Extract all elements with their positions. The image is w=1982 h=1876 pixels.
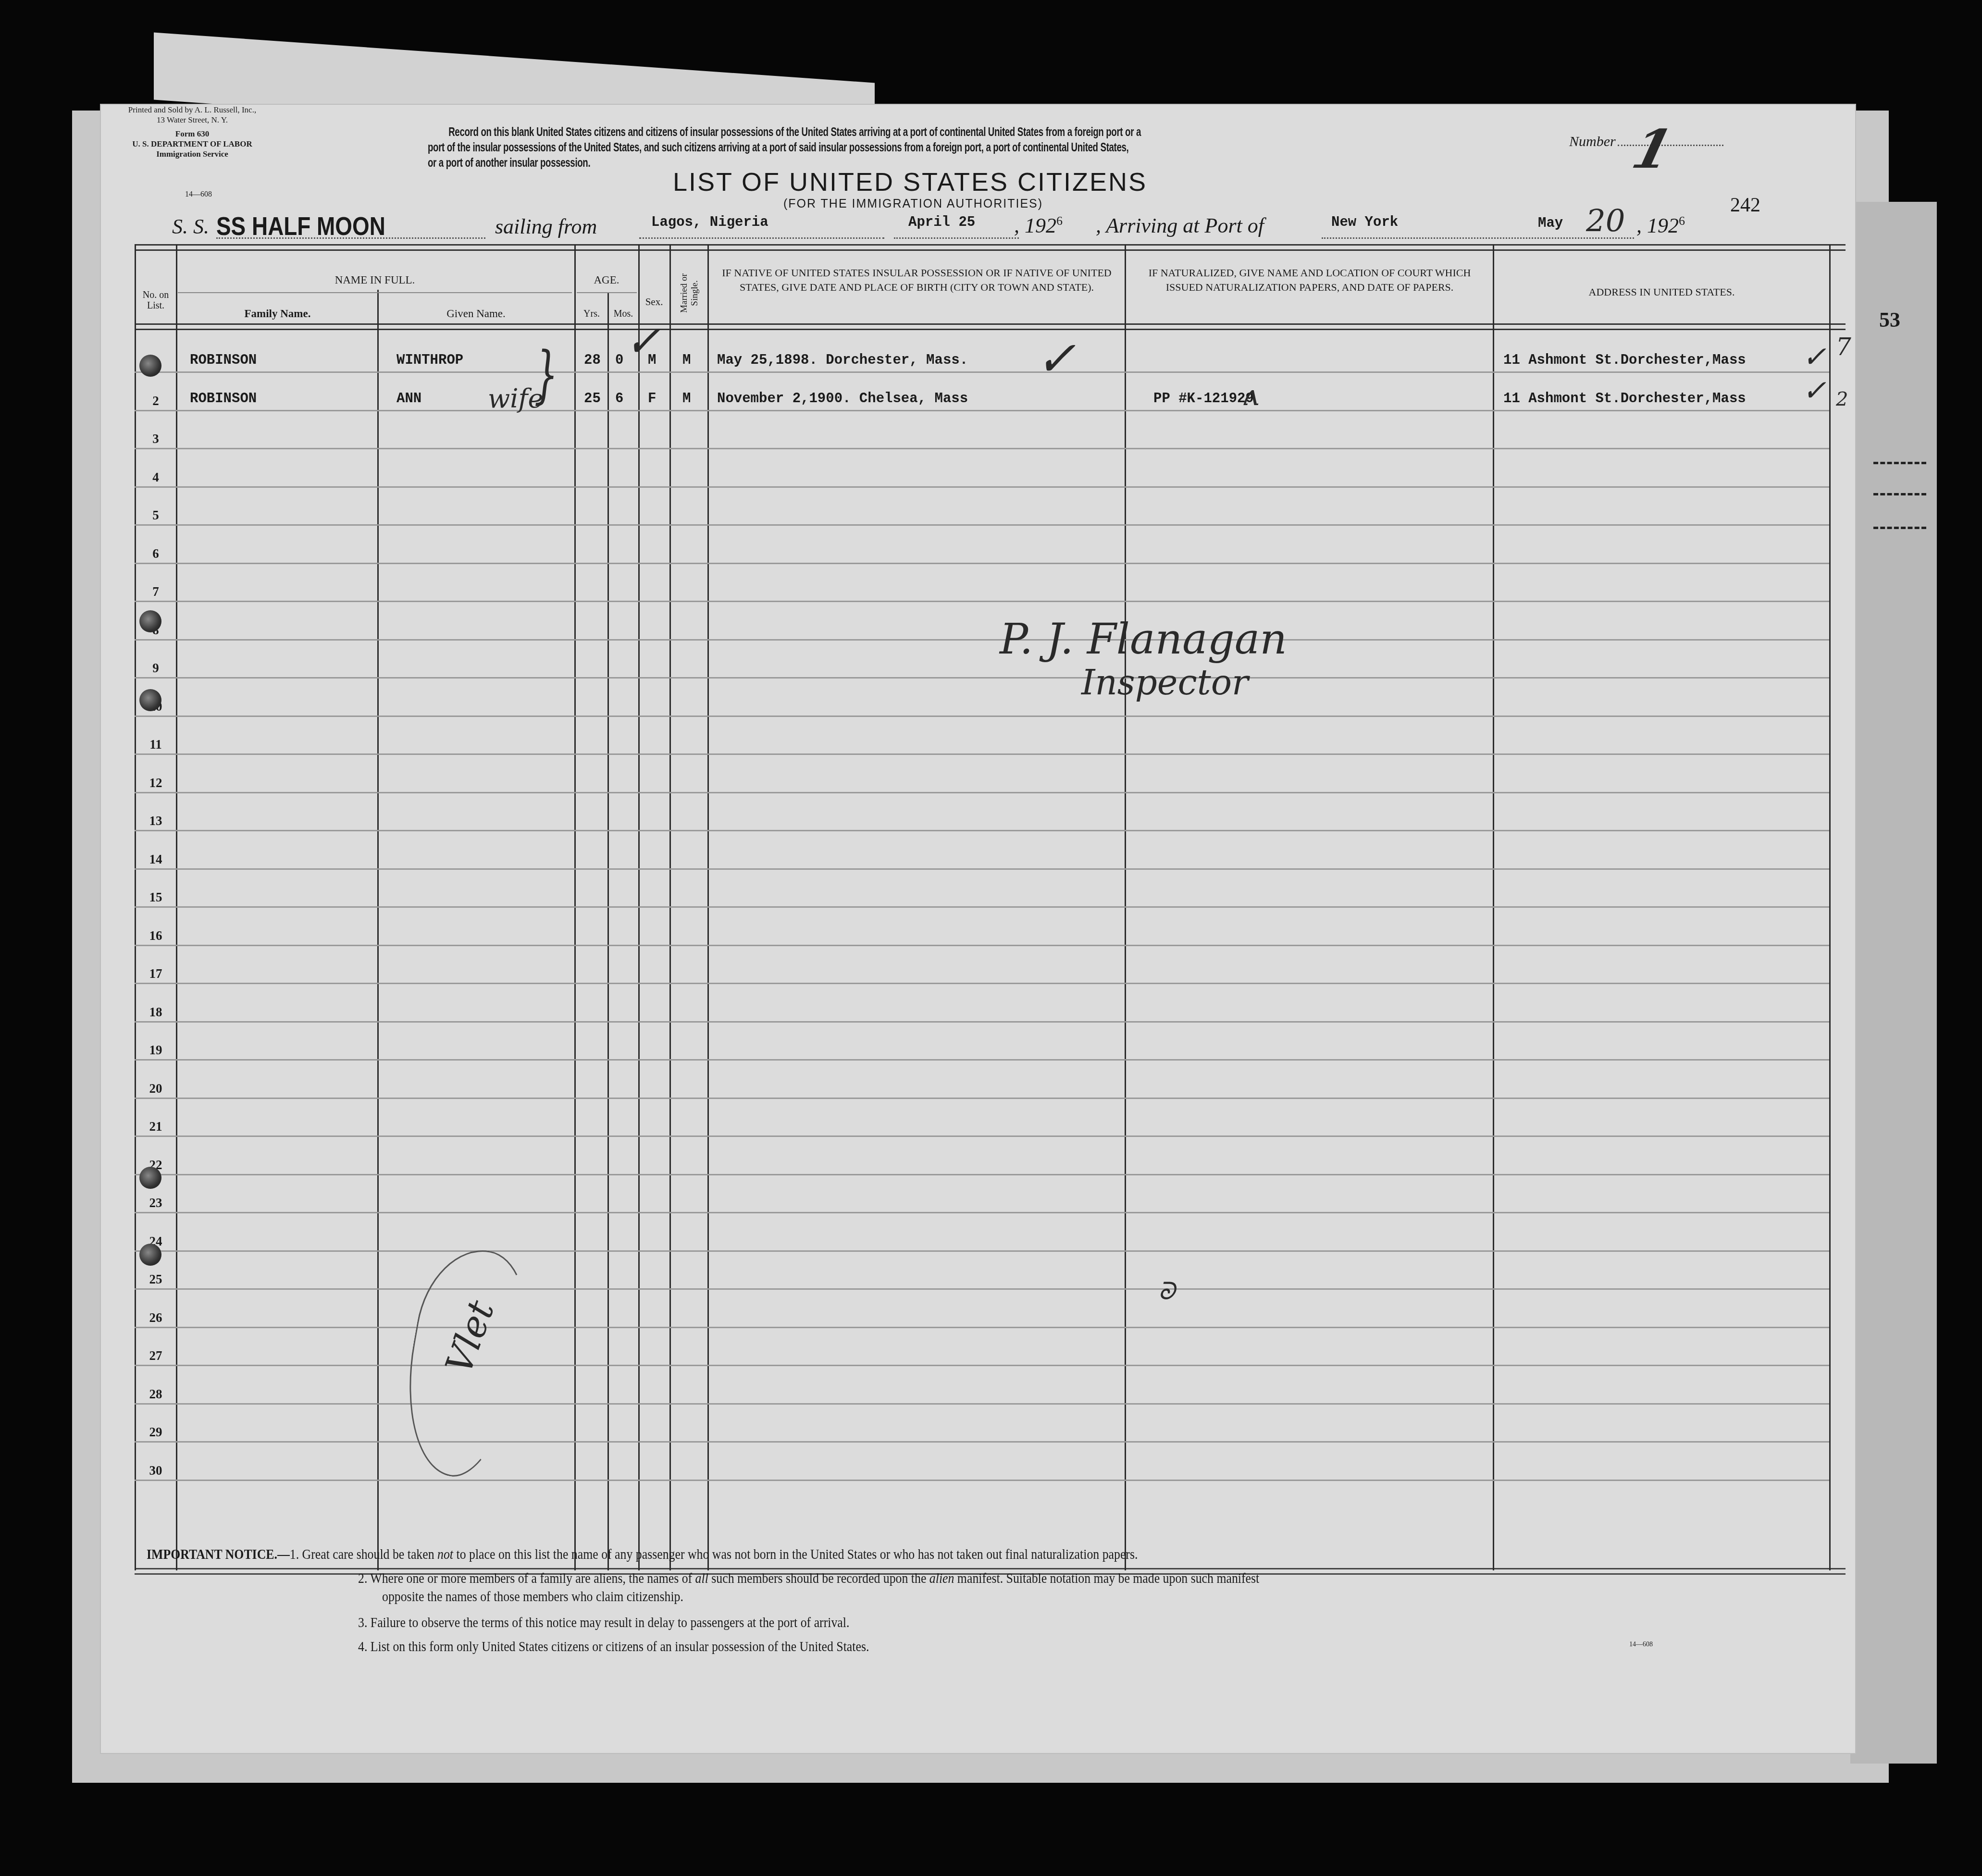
row-number: 5 [141,508,170,523]
given-name: ANN [396,391,421,407]
row-number: 13 [141,814,170,828]
row-rule [135,1021,1829,1023]
naturalization: PP #K-121929 [1153,391,1254,407]
printer-line2: 13 Water Street, N. Y. [120,115,264,125]
punch-hole [139,1244,161,1266]
row-number: 26 [141,1310,170,1325]
row-rule [135,677,1829,679]
row-rule [135,1288,1829,1290]
row-number: 12 [141,776,170,790]
table-row: ROBINSON WINTHROP 28 0 M M May 25,1898. … [135,352,1846,371]
row-rule [135,1059,1829,1061]
right-margin-mark-1: 7 [1836,333,1851,361]
header-birth: IF NATIVE OF UNITED STATES INSULAR POSSE… [714,266,1120,295]
birth-info: November 2,1900. Chelsea, Mass [717,391,968,407]
row-rule [135,1327,1829,1328]
adjacent-sheet-fragment-2 [1873,490,1926,495]
ship-name: SS HALF MOON [216,211,385,241]
inspector-signature: P. J. Flanagan [1000,614,1287,664]
age-mos: 6 [615,391,623,407]
row-number: 27 [141,1348,170,1363]
row-number: 29 [141,1425,170,1440]
row-number: 30 [141,1463,170,1478]
form-code: 14—608 [185,190,212,199]
given-name: WINTHROP [396,352,463,368]
header-no-on-list: No. on List. [136,290,175,311]
manifest-sheet: Printed and Sold by A. L. Russell, Inc.,… [101,105,1855,1753]
underlying-sheet-right [1850,202,1937,1764]
page-subtitle: (FOR THE IMMIGRATION AUTHORITIES) [783,197,1043,211]
adjacent-page-number: 53 [1879,308,1900,332]
departure-date: April 25 [908,214,975,230]
row-rule [135,1212,1829,1213]
service: Immigration Service [120,149,264,159]
row-number: 23 [141,1196,170,1210]
row-number: 16 [141,928,170,943]
married: M [682,352,691,368]
birth-info: May 25,1898. Dorchester, Mass. [717,352,968,368]
header-given-name: Given Name. [379,307,573,321]
header-naturalized: IF NATURALIZED, GIVE NAME AND LOCATION O… [1139,266,1480,295]
row-number: 20 [141,1081,170,1096]
wife-note: wife [488,383,543,414]
row-number: 4 [141,470,170,485]
notice-code: 14—608 [1629,1641,1653,1649]
adjacent-sheet-fragment-1 [1873,459,1926,464]
row-rule [135,1480,1829,1481]
record-instructions: Record on this blank United States citiz… [428,124,1141,170]
row-rule [135,716,1829,717]
row-number: 18 [141,1005,170,1020]
row-rule [135,1098,1829,1099]
row-rule [135,486,1829,488]
ss-label: S. S. [172,214,209,239]
stray-mark: ᘐ [1158,1277,1175,1306]
row-rule [135,563,1829,564]
notice-label: IMPORTANT NOTICE.— [147,1546,290,1562]
check-mark-address-1: ✓ [1802,340,1826,374]
punch-hole [139,689,161,711]
table-row: ROBINSON ANN 25 6 F M November 2,1900. C… [135,391,1846,410]
row-number: 14 [141,852,170,867]
inspector-title: Inspector [1081,662,1248,703]
row-rule [135,1365,1829,1366]
row-rule [135,868,1829,870]
adjacent-sheet-fragment-3 [1873,524,1926,529]
row-rule [135,1250,1829,1252]
row-number: 3 [141,432,170,446]
check-mark-address-2: ✓ [1802,374,1826,407]
row-number: 11 [141,737,170,752]
age-mos: 0 [615,352,623,368]
row-number: 28 [141,1387,170,1402]
age-yrs: 25 [584,391,601,407]
row-number: 9 [141,661,170,676]
arrival-month: May [1538,215,1563,231]
row-rule [135,1135,1829,1137]
form-number: Form 630 [120,129,264,139]
row-rule [135,1174,1829,1175]
row-rule [135,945,1829,946]
notice-item-2-cont: opposite the names of those members who … [382,1589,683,1605]
row-number: 6 [141,546,170,561]
arriving-label: , Arriving at Port of [1096,213,1264,238]
row-number: 21 [141,1119,170,1134]
department: U. S. DEPARTMENT OF LABOR [120,139,264,149]
sailing-from: Lagos, Nigeria [651,214,768,230]
row-rule [135,1403,1829,1405]
row-number: 7 [141,584,170,599]
check-mark-birth: ✓ [1036,331,1076,387]
sailing-from-label: sailing from [495,214,597,239]
header-sex: Sex. [639,295,669,309]
manifest-table: No. on List. NAME IN FULL. Family Name. … [135,244,1846,1575]
row-rule [135,830,1829,831]
family-name: ROBINSON [190,352,257,368]
page-title: LIST OF UNITED STATES CITIZENS [673,167,1147,197]
row-number: 19 [141,1043,170,1058]
married: M [682,391,691,407]
notice-item-1: IMPORTANT NOTICE.—1. Great care should b… [147,1546,1138,1563]
arrival-year: , 1926 [1636,213,1685,238]
check-mark-age: ✓ [625,316,661,367]
number-value: 1 [1626,118,1679,180]
age-yrs: 28 [584,352,601,368]
printer-block: Printed and Sold by A. L. Russell, Inc.,… [120,105,264,159]
punch-hole [139,1167,161,1189]
record-line1: Record on this blank United States citiz… [428,124,1141,139]
row-number: 25 [141,1272,170,1287]
address: 11 Ashmont St.Dorchester,Mass [1503,391,1746,407]
number-label: Number [1569,134,1616,149]
departure-year: , 1926 [1014,213,1063,238]
row-rule [135,983,1829,984]
header-family-name: Family Name. [178,307,377,321]
header-yrs: Yrs. [576,307,607,321]
header-age: AGE. [576,273,637,287]
check-mark-naturalization: ʌ [1242,379,1259,412]
row-number: 15 [141,890,170,905]
family-name: ROBINSON [190,391,257,407]
notice-item-3: 3. Failure to observe the terms of this … [358,1615,849,1631]
row-rule [135,906,1829,908]
sex: F [648,391,656,407]
row-number: 17 [141,966,170,981]
notice-item-2: 2. Where one or more members of a family… [358,1570,1259,1587]
row-rule [135,448,1829,449]
punch-hole [139,355,161,377]
notice-item-4: 4. List on this form only United States … [358,1639,869,1655]
row-rule [135,371,1829,373]
row-rule [135,639,1829,641]
header-name-in-full: NAME IN FULL. [178,273,572,287]
header-address: ADDRESS IN UNITED STATES. [1495,285,1829,299]
address: 11 Ashmont St.Dorchester,Mass [1503,352,1746,368]
header-married-single: Married or Single. [679,272,700,315]
arrival-day: 20 [1586,204,1625,239]
row-rule [135,753,1829,755]
row-rule [135,601,1829,602]
row-rule [135,792,1829,793]
record-line2: port of the insular possessions of the U… [428,139,1141,155]
punch-hole [139,610,161,632]
voyage-line: S. S. SS HALF MOON sailing from Lagos, N… [101,210,1855,243]
arrival-port: New York [1331,214,1398,230]
printer-line1: Printed and Sold by A. L. Russell, Inc., [120,105,264,115]
row-rule [135,524,1829,526]
right-margin-mark-2: 2 [1836,388,1848,410]
row-rule [135,1441,1829,1443]
